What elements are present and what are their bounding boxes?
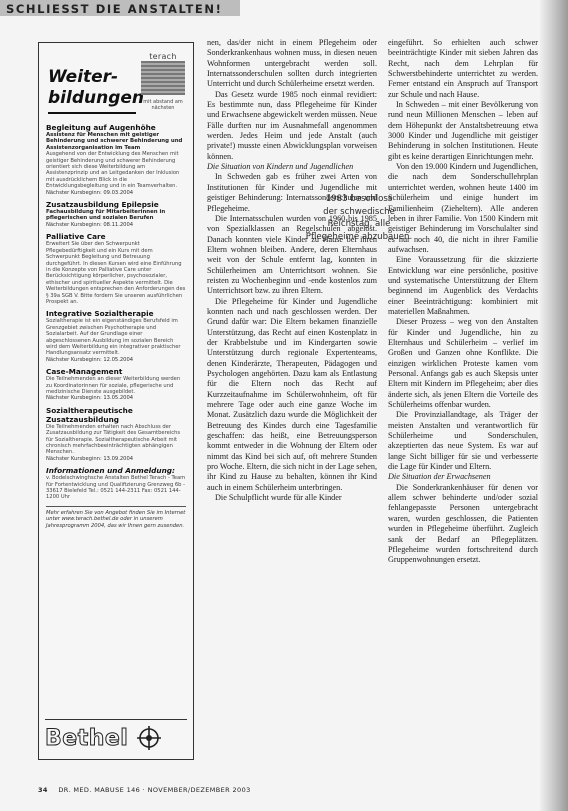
ad-section: Zusatzausbildung EpilepsieFachausbildung… [46,200,186,228]
pull-quote-line: 1983 beschloss [284,193,434,206]
ad-header: Weiter- bildungen terach mit abstand am … [46,49,186,119]
ad-section: Begleitung auf AugenhöheAssistenz für Me… [46,123,186,196]
publication-info: DR. MED. MABUSE 146 · NOVEMBER/DEZEMBER … [58,786,250,794]
section-subheading: Die Situation von Kindern und Jugendlich… [207,162,377,172]
ad-section-body: v. Bodelschwinghsche Anstalten Bethel Te… [46,475,186,501]
magazine-page: SCHLIESST DIE ANSTALTEN! Weiter- bildung… [0,0,568,811]
paragraph: Dieser Prozess – weg von den Anstalten f… [388,317,538,410]
section-subheading: Die Situation der Erwachsenen [388,472,538,482]
ad-section-date: Nächster Kursbeginn: 12.05.2004 [46,357,186,363]
pull-quote-line: der schwedische [284,206,434,219]
page-footer: 34 DR. MED. MABUSE 146 · NOVEMBER/DEZEMB… [38,786,251,794]
running-header: SCHLIESST DIE ANSTALTEN! [0,0,240,16]
ad-section: Sozialtherapeutische ZusatzausbildungDie… [46,406,186,462]
ad-section-subheading: Assistenz für Menschen mit geistiger Beh… [46,132,186,151]
ad-section-body: Ausgehend von der Entwicklung des Mensch… [46,151,186,189]
pull-quote-line: Reichstag, alle [284,218,434,231]
article-column-right: eingeführt. So erhielten auch schwer bee… [388,38,538,566]
ad-note: Mehr erfahren Sie von Angebot finden Sie… [46,510,186,529]
ad-section: Integrative SozialtherapieSozialtherapie… [46,309,186,363]
pull-quote-line: Pflegeheime abzubauen. [284,231,434,244]
ad-section: Case-ManagementDie Teilnehmenden an dies… [46,367,186,402]
ad-sections: Begleitung auf AugenhöheAssistenz für Me… [46,123,186,501]
paragraph: Die Sonderkrankenhäuser für denen vor al… [388,483,538,566]
ad-section: Palliative CareErweitert Sie über den Sc… [46,232,186,305]
running-title: SCHLIESST DIE ANSTALTEN! [6,2,222,16]
paragraph: Das Gesetz wurde 1985 noch einmal revidi… [207,90,377,162]
ad-section-body: Sozialtherapie ist ein eigenständiges Be… [46,318,186,356]
ad-section-date: Nächster Kursbeginn: 13.05.2004 [46,395,186,401]
bethel-cross-icon [136,725,162,751]
ad-section-body: Erweitert Sie über den Schwerpunkt Pfleg… [46,241,186,305]
ad-section-heading: Case-Management [46,367,186,376]
terach-logo-word: terach [141,52,185,61]
ad-section-heading: Informationen und Anmeldung: [46,466,186,475]
ad-section-body: Die Teilnehmenden erhalten nach Abschlus… [46,424,186,456]
ad-box: Weiter- bildungen terach mit abstand am … [38,42,194,760]
ad-title-underline [48,112,136,114]
paragraph: Die Pflegeheime für Kinder und Jugendlic… [207,297,377,494]
ad-section-heading: Palliative Care [46,232,186,241]
paragraph: Die Provinziallandtage, als Träger der m… [388,410,538,472]
terach-logo-icon: terach [141,52,185,96]
ad-divider [46,506,186,507]
paragraph: Eine Voraussetzung für die skizzierte En… [388,255,538,317]
ad-section-heading: Zusatzausbildung Epilepsie [46,200,186,209]
ad-title: Weiter- bildungen [48,67,144,109]
terach-logo-image [141,61,185,95]
ad-section-date: Nächster Kursbeginn: 08.11.2004 [46,222,186,228]
ad-section-date: Nächster Kursbeginn: 09.03.2004 [46,190,186,196]
ad-section-heading: Integrative Sozialtherapie [46,309,186,318]
page-number: 34 [38,786,48,794]
ad-title-line2: bildungen [48,88,144,109]
pull-quote: 1983 beschlossder schwedischeReichstag, … [284,193,434,243]
ad-title-line1: Weiter- [48,67,144,88]
ad-section-heading: Sozialtherapeutische Zusatzausbildung [46,406,186,424]
terach-tagline: mit abstand am nächsten [141,99,185,111]
paragraph: Die Schulpflicht wurde für alle Kinder [207,493,377,503]
paragraph: nen, das/der nicht in einem Pflegeheim o… [207,38,377,90]
ad-section-heading: Begleitung auf Augenhöhe [46,123,186,132]
bethel-brand: Bethel [45,719,187,753]
bethel-wordmark: Bethel [45,726,128,751]
article-column-middle: nen, das/der nicht in einem Pflegeheim o… [207,38,377,503]
ad-section-body: Die Teilnehmenden an dieser Weiterbildun… [46,376,186,395]
page-spine-shadow [540,0,568,811]
ad-section-date: Nächster Kursbeginn: 13.09.2004 [46,456,186,462]
ad-section: Informationen und Anmeldung:v. Bodelschw… [46,466,186,501]
ad-section-subheading: Fachausbildung für Mitarbeiterinnen in p… [46,209,186,222]
paragraph: In Schweden – mit einer Bevölkerung von … [388,100,538,162]
paragraph: eingeführt. So erhielten auch schwer bee… [388,38,538,100]
